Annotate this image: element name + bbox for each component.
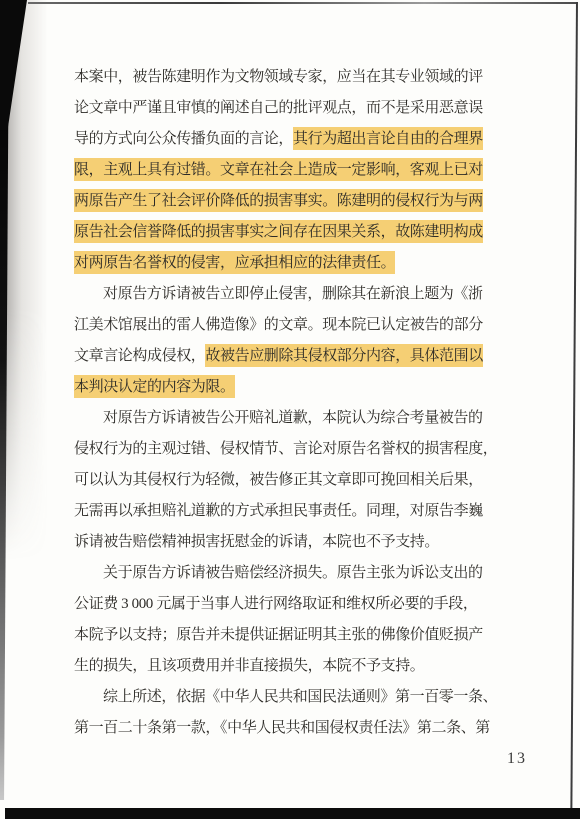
text-line: 关于原告方诉请被告赔偿经济损失。原告主张为诉讼支出的 bbox=[74, 558, 488, 589]
text-segment: 本院予以支持；原告并未提供证据证明其主张的佛像价值贬损产 bbox=[74, 627, 483, 643]
text-segment: 诉请被告赔偿精神损害抚慰金的诉请，本院也不予支持。 bbox=[74, 534, 439, 550]
text-segment: 可以认为其侵权行为轻微，被告修正其文章即可挽回相关后果， bbox=[74, 472, 483, 488]
text-segment: 论文章中严谨且审慎的阐述自己的批评观点，而不是采用恶意误 bbox=[74, 100, 483, 116]
scan-bottom-edge bbox=[5, 808, 580, 819]
highlighted-text-segment: 两原告产生了社会评价降低的损害事实。陈建明的侵权行为与两 bbox=[74, 189, 483, 212]
text-line: 本案中，被告陈建明作为文物领域专家，应当在其专业领域的评 bbox=[74, 62, 488, 93]
text-line: 公证费 3 000 元属于当事人进行网络取证和维权所必要的手段， bbox=[74, 589, 488, 620]
scan-right-edge bbox=[570, 2, 578, 812]
text-segment: 文章言论构成侵权， bbox=[74, 348, 205, 364]
text-line: 论文章中严谨且审慎的阐述自己的批评观点，而不是采用恶意误 bbox=[74, 93, 488, 124]
text-line: 诉请被告赔偿精神损害抚慰金的诉请，本院也不予支持。 bbox=[74, 527, 488, 558]
text-line: 对原告方诉请被告公开赔礼道歉，本院认为综合考量被告的 bbox=[74, 403, 488, 434]
text-line: 导的方式向公众传播负面的言论，其行为超出言论自由的合理界 bbox=[74, 124, 488, 155]
text-line: 无需再以承担赔礼道歉的方式承担民事责任。同理，对原告李巍 bbox=[74, 496, 488, 527]
scan-top-edge bbox=[28, 2, 578, 4]
highlighted-text-segment: 原告社会信誉降低的损害事实之间存在因果关系，故陈建明构成 bbox=[74, 220, 483, 243]
text-segment: 江美术馆展出的雷人佛造像》的文章。现本院已认定被告的部分 bbox=[74, 317, 483, 333]
text-line: 对原告方诉请被告立即停止侵害，删除其在新浪上题为《浙 bbox=[74, 279, 488, 310]
text-line: 文章言论构成侵权，故被告应删除其侵权部分内容，具体范围以 bbox=[74, 341, 488, 372]
text-segment: 本案中，被告陈建明作为文物领域专家，应当在其专业领域的评 bbox=[74, 69, 483, 85]
text-segment: 导的方式向公众传播负面的言论， bbox=[74, 131, 293, 147]
text-segment: 第一百二十条第一款，《中华人民共和国侵权责任法》第二条、第 bbox=[74, 720, 490, 736]
text-line: 本判决认定的内容为限。 bbox=[74, 372, 488, 403]
highlighted-text-segment: 本判决认定的内容为限。 bbox=[74, 375, 235, 398]
text-line: 可以认为其侵权行为轻微，被告修正其文章即可挽回相关后果， bbox=[74, 465, 488, 496]
text-line: 原告社会信誉降低的损害事实之间存在因果关系，故陈建明构成 bbox=[74, 217, 488, 248]
text-line: 第一百二十条第一款，《中华人民共和国侵权责任法》第二条、第 bbox=[74, 713, 488, 744]
highlighted-text-segment: 对两原告名誉权的侵害，应承担相应的法律责任。 bbox=[74, 251, 395, 274]
text-line: 限，主观上具有过错。文章在社会上造成一定影响，客观上已对 bbox=[74, 155, 488, 186]
text-line: 综上所述，依据《中华人民共和国民法通则》第一百零一条、 bbox=[74, 682, 488, 713]
text-segment: 对原告方诉请被告公开赔礼道歉，本院认为综合考量被告的 bbox=[103, 410, 483, 426]
highlighted-text-segment: 故被告应删除其侵权部分内容，具体范围以 bbox=[205, 344, 482, 367]
text-line: 两原告产生了社会评价降低的损害事实。陈建明的侵权行为与两 bbox=[74, 186, 488, 217]
text-line: 生的损失，且该项费用并非直接损失，本院不予支持。 bbox=[74, 651, 488, 682]
text-line: 本院予以支持；原告并未提供证据证明其主张的佛像价值贬损产 bbox=[74, 620, 488, 651]
text-line: 对两原告名誉权的侵害，应承担相应的法律责任。 bbox=[74, 248, 488, 279]
text-segment: 综上所述，依据《中华人民共和国民法通则》第一百零一条、 bbox=[103, 689, 497, 705]
highlighted-text-segment: 其行为超出言论自由的合理界 bbox=[293, 127, 483, 150]
text-segment: 无需再以承担赔礼道歉的方式承担民事责任。同理，对原告李巍 bbox=[74, 503, 483, 519]
highlighted-text-segment: 限，主观上具有过错。文章在社会上造成一定影响，客观上已对 bbox=[74, 158, 483, 181]
text-line: 侵权行为的主观过错、侵权情节、言论对原告名誉权的损害程度， bbox=[74, 434, 488, 465]
scanned-page: 本案中，被告陈建明作为文物领域专家，应当在其专业领域的评论文章中严谨且审慎的阐述… bbox=[0, 0, 580, 819]
text-segment: 侵权行为的主观过错、侵权情节、言论对原告名誉权的损害程度， bbox=[74, 441, 497, 457]
text-segment: 对原告方诉请被告立即停止侵害，删除其在新浪上题为《浙 bbox=[103, 286, 483, 302]
text-segment: 生的损失，且该项费用并非直接损失，本院不予支持。 bbox=[74, 658, 424, 674]
text-segment: 关于原告方诉请被告赔偿经济损失。原告主张为诉讼支出的 bbox=[103, 565, 483, 581]
text-segment: 公证费 3 000 元属于当事人进行网络取证和维权所必要的手段， bbox=[74, 596, 477, 612]
page-number: 13 bbox=[507, 748, 527, 770]
text-line: 江美术馆展出的雷人佛造像》的文章。现本院已认定被告的部分 bbox=[74, 310, 488, 341]
judgment-text-body: 本案中，被告陈建明作为文物领域专家，应当在其专业领域的评论文章中严谨且审慎的阐述… bbox=[74, 62, 488, 744]
